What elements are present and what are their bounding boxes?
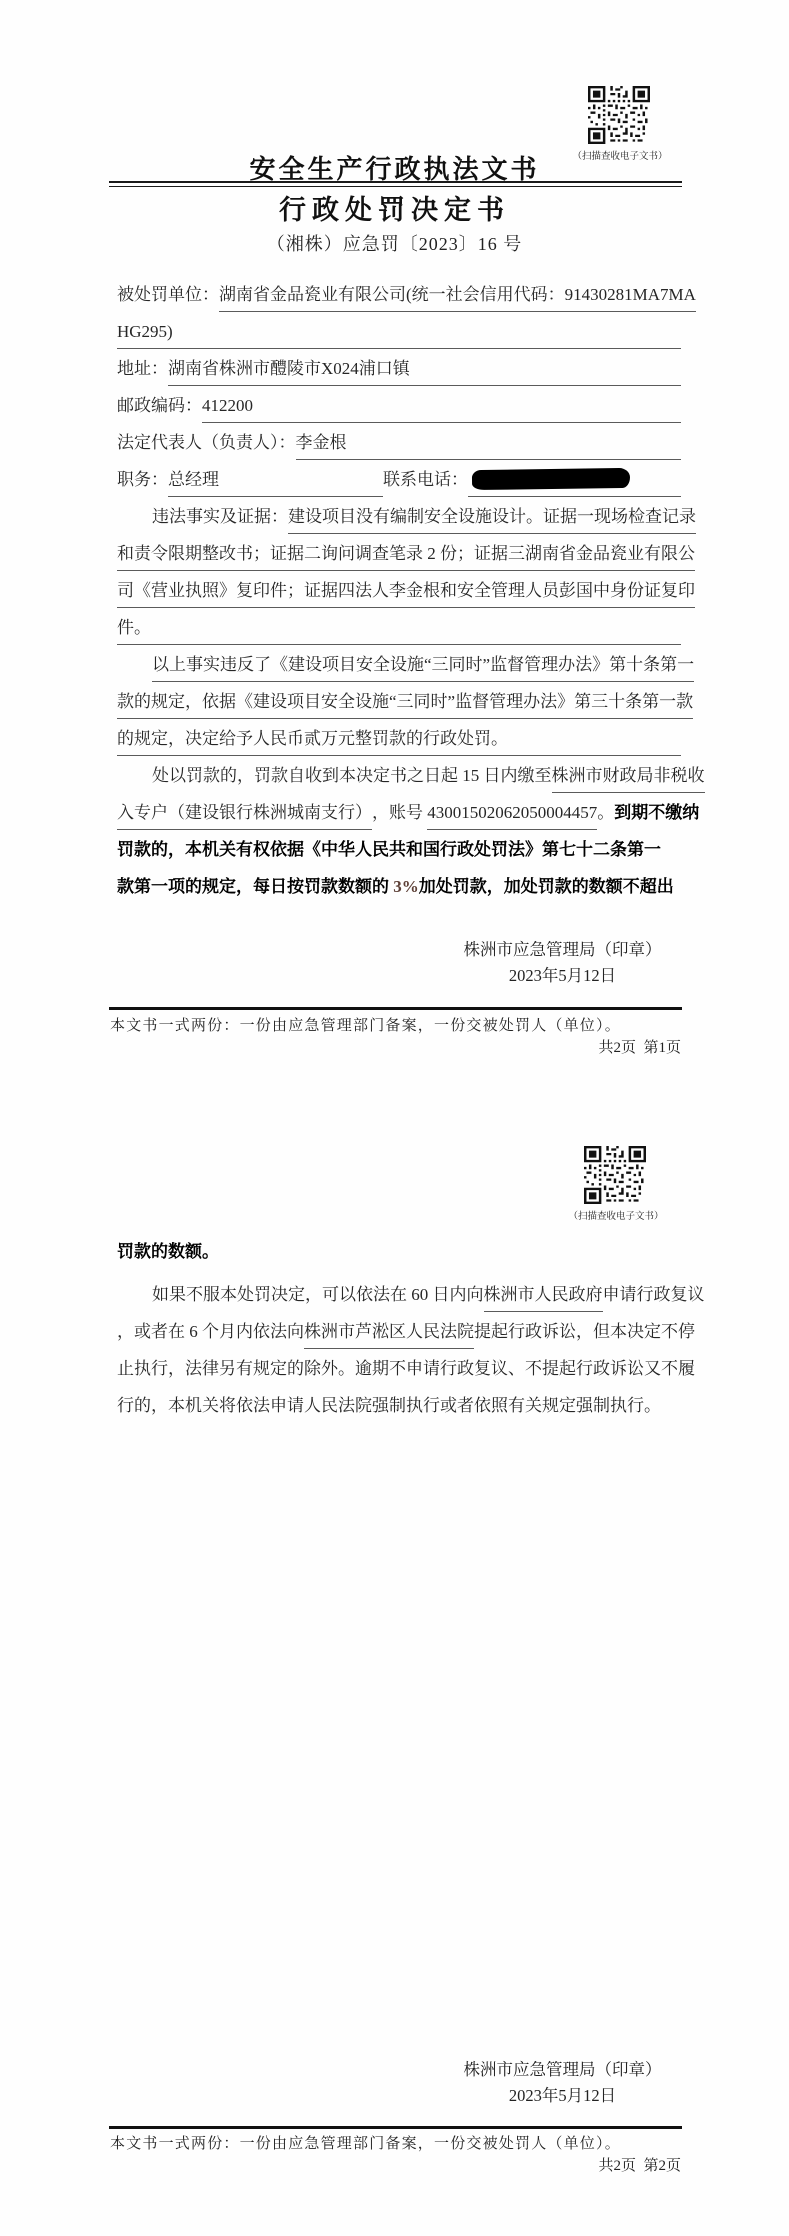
appeal-text-1a: 如果不服本处罚决定，可以依法在 60 日内向 — [152, 1282, 484, 1308]
penalty-decision-document: （扫描查收电子文书） 安全生产行政执法文书 行政处罚决定书 （湘株）应急罚〔20… — [0, 0, 789, 2236]
violation-text-3: 的规定，决定给予人民币贰万元整罚款的行政处罚。 — [117, 726, 681, 756]
facts-line-1: 违法事实及证据：建设项目没有编制安全设施设计。证据一现场检查记录 — [117, 504, 681, 534]
facts-line-4: 件。 — [117, 615, 681, 645]
redacted-phone-number — [472, 468, 630, 490]
qr-code-image — [588, 86, 650, 144]
page-number-page2: 共2页 第2页 — [117, 2154, 681, 2175]
facts-text-3: 司《营业执照》复印件；证据四法人李金根和安全管理人员彭国中身份证复印 — [117, 578, 695, 608]
footer-rule-page1 — [109, 1007, 682, 1010]
field-line-postal-code: 邮政编码：412200 — [117, 393, 681, 423]
address-label: 地址： — [117, 356, 168, 382]
legal-rep-label: 法定代表人（负责人）： — [117, 430, 296, 456]
violation-line-2: 款的规定，依据《建设项目安全设施“三同时”监督管理办法》第三十条第一款 — [117, 689, 681, 719]
signature-authority-page2: 株洲市应急管理局（印章） — [440, 2056, 685, 2080]
legal-rep-value: 李金根 — [296, 430, 682, 460]
footer-rule-page2 — [109, 2126, 682, 2129]
payment-account-name-1: 株洲市财政局非税收 — [552, 763, 705, 793]
punished-unit-value-line2: HG295) — [117, 319, 681, 349]
violation-text-1: 以上事实违反了《建设项目安全设施“三同时”监督管理办法》第十条第一 — [152, 652, 694, 682]
payment-warning-3b: 加处罚款，加处罚款的数额不超出 — [419, 874, 674, 900]
qr-caption-page2: （扫描查收电子文书） — [556, 1208, 676, 1222]
document-title: 行政处罚决定书 — [0, 188, 789, 227]
payment-warning-end: 罚款的数额。 — [117, 1239, 219, 1265]
payment-line-2: 入专户（建设银行株洲城南支行），账号 43001502062050004457。… — [117, 800, 681, 830]
payment-percent-value: 3% — [393, 874, 419, 900]
violation-text-2: 款的规定，依据《建设项目安全设施“三同时”监督管理办法》第三十条第一款 — [117, 689, 693, 719]
appeal-text-2b: 提起行政诉讼，但本决定不停 — [474, 1319, 695, 1345]
page-number-page1: 共2页 第1页 — [117, 1036, 681, 1057]
facts-text-1: 建设项目没有编制安全设施设计。证据一现场检查记录 — [288, 504, 696, 534]
signature-date-page1: 2023年5月12日 — [440, 962, 685, 986]
appeal-line-1: 如果不服本处罚决定，可以依法在 60 日内向株洲市人民政府申请行政复议 — [117, 1282, 681, 1312]
payment-line-4: 款第一项的规定，每日按罚款数额的 3%加处罚款，加处罚款的数额不超出 — [117, 874, 681, 900]
payment-line-3: 罚款的，本机关有权依据《中华人民共和国行政处罚法》第七十二条第一 — [117, 837, 681, 863]
violation-line-1: 以上事实违反了《建设项目安全设施“三同时”监督管理办法》第十条第一 — [117, 652, 681, 682]
payment-account-name-2: 入专户（建设银行株洲城南支行） — [117, 800, 372, 830]
phone-value-area — [468, 467, 681, 497]
postal-code-value: 412200 — [202, 393, 681, 423]
field-line-punished-unit-cont: HG295) — [117, 319, 681, 349]
facts-text-4: 件。 — [117, 615, 681, 645]
field-line-address: 地址：湖南省株洲市醴陵市X024浦口镇 — [117, 356, 681, 386]
address-value: 湖南省株洲市醴陵市X024浦口镇 — [168, 356, 681, 386]
violation-line-3: 的规定，决定给予人民币贰万元整罚款的行政处罚。 — [117, 726, 681, 756]
qr-code-image — [584, 1146, 646, 1204]
payment-account-number: 43001502062050004457 — [427, 800, 597, 830]
qr-code-page2 — [584, 1146, 646, 1204]
footer-note-page1: 本文书一式两份：一份由应急管理部门备案，一份交被处罚人（单位）。 — [110, 1014, 682, 1035]
document-number: （湘株）应急罚〔2023〕16 号 — [0, 230, 789, 256]
position-value: 总经理 — [168, 467, 383, 497]
facts-text-2: 和责令限期整改书；证据二询问调查笔录 2 份；证据三湖南省金品瓷业有限公 — [117, 541, 695, 571]
payment-account-label: ，账号 — [372, 800, 427, 826]
appeal-text-1b: 申请行政复议 — [603, 1282, 705, 1308]
appeal-text-2a: ，或者在 6 个月内依法向 — [117, 1319, 304, 1345]
payment-line-5: 罚款的数额。 — [117, 1239, 681, 1265]
signature-authority-page1: 株洲市应急管理局（印章） — [440, 936, 685, 960]
appeal-government-name: 株洲市人民政府 — [484, 1282, 603, 1312]
field-line-legal-rep: 法定代表人（负责人）：李金根 — [117, 430, 681, 460]
appeal-text-4: 行的，本机关将依法申请人民法院强制执行或者依照有关规定强制执行。 — [117, 1393, 661, 1419]
payment-warning-start: 到期不缴纳 — [614, 800, 699, 826]
signature-date-page2: 2023年5月12日 — [440, 2082, 685, 2106]
appeal-line-3: 止执行，法律另有规定的除外。逾期不申请行政复议、不提起行政诉讼又不履 — [117, 1356, 681, 1382]
payment-warning-2: 罚款的，本机关有权依据《中华人民共和国行政处罚法》第七十二条第一 — [117, 837, 661, 863]
facts-label: 违法事实及证据： — [152, 504, 288, 530]
qr-code-page1 — [588, 86, 650, 144]
footer-note-page2: 本文书一式两份：一份由应急管理部门备案，一份交被处罚人（单位）。 — [110, 2132, 682, 2153]
position-label: 职务： — [117, 467, 168, 493]
field-line-position-phone: 职务：总经理联系电话： — [117, 467, 681, 497]
phone-label: 联系电话： — [383, 467, 468, 493]
field-line-punished-unit: 被处罚单位：湖南省金品瓷业有限公司(统一社会信用代码：91430281MA7MA — [117, 282, 681, 312]
appeal-line-4: 行的，本机关将依法申请人民法院强制执行或者依照有关规定强制执行。 — [117, 1393, 681, 1419]
facts-line-3: 司《营业执照》复印件；证据四法人李金根和安全管理人员彭国中身份证复印 — [117, 578, 681, 608]
appeal-text-3: 止执行，法律另有规定的除外。逾期不申请行政复议、不提起行政诉讼又不履 — [117, 1356, 695, 1382]
punished-unit-value-line1: 湖南省金品瓷业有限公司(统一社会信用代码：91430281MA7MA — [219, 282, 696, 312]
punished-unit-label: 被处罚单位： — [117, 282, 219, 308]
appeal-court-name: 株洲市芦淞区人民法院 — [304, 1319, 474, 1349]
payment-warning-3a: 款第一项的规定，每日按罚款数额的 — [117, 874, 393, 900]
postal-code-label: 邮政编码： — [117, 393, 202, 419]
title-double-rule — [109, 181, 682, 187]
appeal-line-2: ，或者在 6 个月内依法向株洲市芦淞区人民法院提起行政诉讼，但本决定不停 — [117, 1319, 681, 1349]
payment-period: 。 — [597, 800, 614, 826]
payment-text-1: 处以罚款的，罚款自收到本决定书之日起 15 日内缴至 — [152, 763, 552, 789]
payment-line-1: 处以罚款的，罚款自收到本决定书之日起 15 日内缴至株洲市财政局非税收 — [117, 763, 681, 793]
facts-line-2: 和责令限期整改书；证据二询问调查笔录 2 份；证据三湖南省金品瓷业有限公 — [117, 541, 681, 571]
